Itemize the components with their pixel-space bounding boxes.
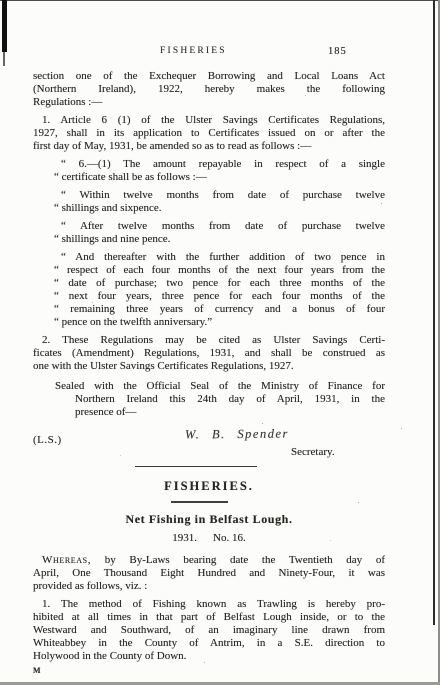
scan-artifact-left-strip-tail [3,52,5,66]
quote-paragraph-4: “ And thereafter with the further additi… [54,251,385,329]
text-line: “ After twelve months from date of purch… [54,220,385,233]
article-2-paragraph: 2. These Regulations may be cited as Uls… [33,334,385,373]
text-line: hibited at all times in that part of Bel… [33,611,385,624]
text-line: Regulations :— [33,96,385,109]
text-line: 1. The method of Fishing known as Trawli… [33,598,385,611]
scan-edge-top [0,0,440,1]
text-line: “ next four years, three pence for each … [54,290,385,303]
text-line: 1. Article 6 (1) of the Ulster Savings C… [33,114,385,127]
page-number: 185 [328,45,347,58]
text-line: “ Within twelve months from date of purc… [54,189,385,202]
text-line: 2. These Regulations may be cited as Uls… [33,334,385,347]
seal-locus-mark: (L.S.) [33,434,62,447]
text-line: one with the Ulster Savings Certificates… [33,360,385,373]
text-line: Sealed with the Official Seal of the Min… [55,380,385,393]
text-line: April, One Thousand Eight Hundred and Ni… [33,567,385,580]
sealing-clause-paragraph: Sealed with the Official Seal of the Min… [55,380,385,419]
text-line: Whereas, by By-Laws bearing date the Twe… [33,554,385,567]
issue-year: 1931. [172,532,197,544]
signature-name: W. B. Spender [185,428,289,442]
section-subtitle: Net Fishing in Belfast Lough. [33,513,385,526]
section-divider-rule [135,466,257,467]
whereas-paragraph: Whereas, by By-Laws bearing date the Twe… [33,554,385,593]
text-line: presence of— [55,406,385,419]
whereas-word: Whereas, [42,554,91,566]
text-line: “ shillings and nine pence. [54,233,385,246]
text-line: “ respect of each four months of the nex… [54,264,385,277]
issue-number: No. 16. [213,532,246,544]
running-header: FISHERIES 185 [33,45,385,59]
bylaw-1-paragraph: 1. The method of Fishing known as Trawli… [33,598,385,663]
text-line: Westward and Southward, of an imaginary … [33,624,385,637]
text-line: Holywood in the County of Down. [33,650,385,663]
scan-artifact-right-line [433,0,435,625]
signature-block: (L.S.) W. B. Spender Secretary. [33,424,385,462]
text-line: provided as follows, viz. : [33,580,385,593]
text-line: (Northern Ireland), 1922, hereby makes t… [33,83,385,96]
issue-dateline: 1931.No. 16. [33,532,385,545]
text-line: Whiteabbey in the County of Antrim, in a… [33,637,385,650]
text-line: ficates (Amendment) Regulations, 1931, a… [33,347,385,360]
quote-paragraph-2: “ Within twelve months from date of purc… [54,189,385,215]
running-header-title: FISHERIES [160,45,227,58]
quote-paragraph-1: “ 6.—(1) The amount repayable in respect… [54,158,385,184]
text-line: 1927, shall in its application to Certif… [33,127,385,140]
text-line: “ 6.—(1) The amount repayable in respect… [54,158,385,171]
article-1-paragraph: 1. Article 6 (1) of the Ulster Savings C… [33,114,385,153]
intro-paragraph: section one of the Exchequer Borrowing a… [33,70,385,109]
text-line: “ pence on the twelfth anniversary.” [54,316,385,329]
text-line: Northern Ireland this 24th day of April,… [55,393,385,406]
text-line: “ date of purchase; two pence for each t… [54,277,385,290]
whereas-line1-rest: by By-Laws bearing date the Twentieth da… [105,554,385,566]
section-title-rule [171,501,228,503]
printers-signature-mark: M [33,664,385,677]
scan-artifact-left-strip [2,0,7,52]
text-line: “ And thereafter with the further additi… [54,251,385,264]
scanned-page: FISHERIES 185 section one of the Exchequ… [0,0,440,685]
quote-paragraph-3: “ After twelve months from date of purch… [54,220,385,246]
signatory-title: Secretary. [291,446,335,459]
text-line: section one of the Exchequer Borrowing a… [33,70,385,83]
text-line: “ shillings and sixpence. [54,202,385,215]
text-line: “ remaining three years of currency and … [54,303,385,316]
text-line: “ certificate shall be as follows :— [54,171,385,184]
text-line: first day of May, 1931, be amended so as… [33,140,385,153]
scan-noise-specks [0,0,1,1]
section-title: FISHERIES. [33,480,385,493]
page-content: FISHERIES 185 section one of the Exchequ… [33,45,385,677]
